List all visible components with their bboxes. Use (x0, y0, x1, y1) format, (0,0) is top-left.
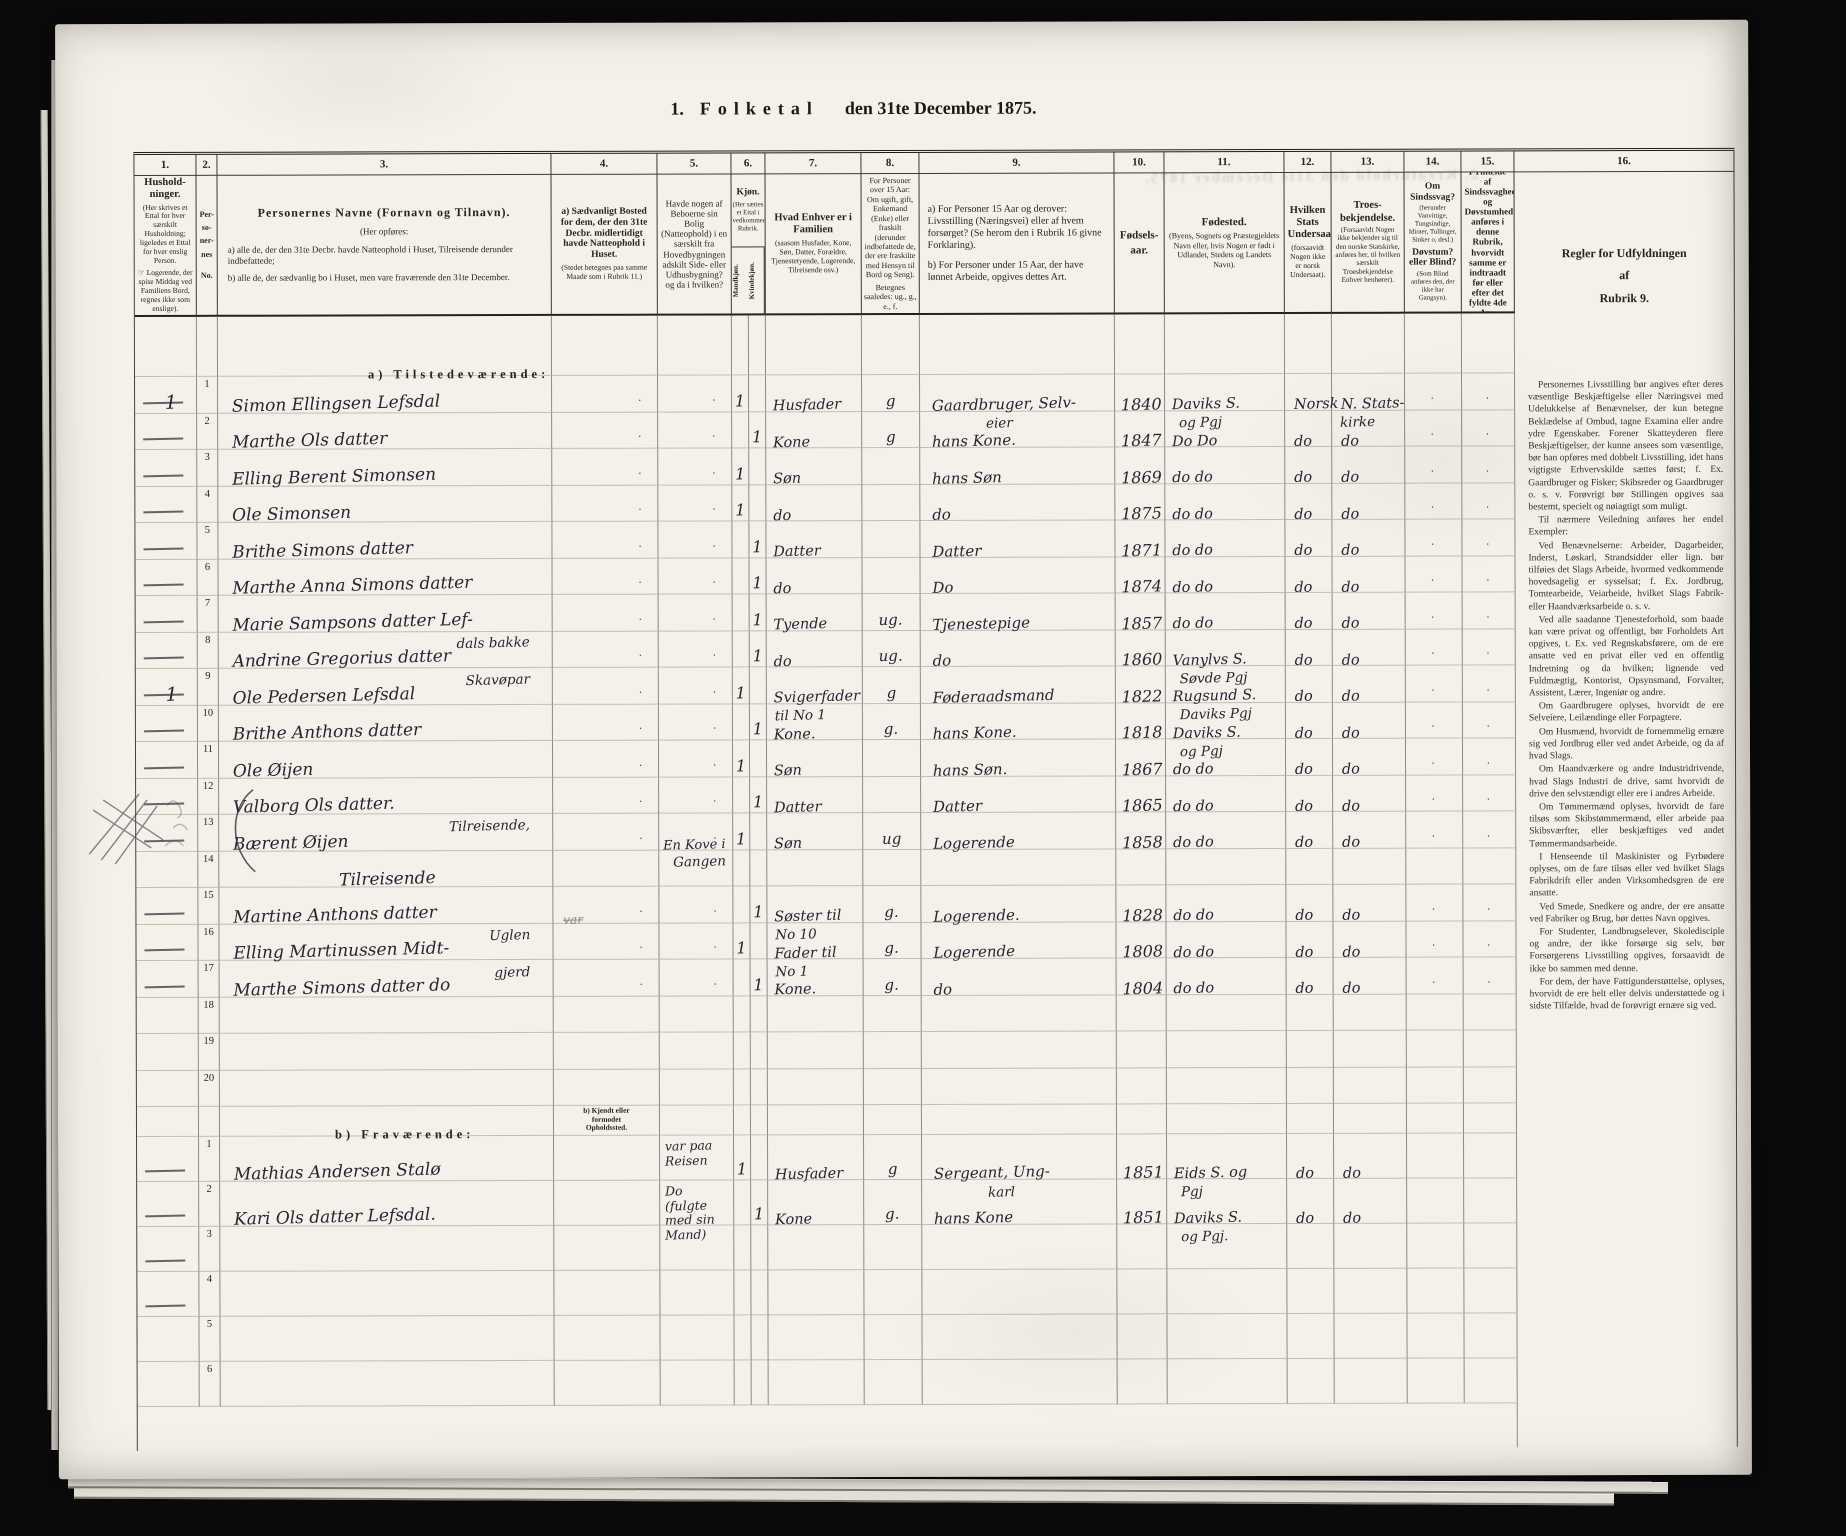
table-cell (660, 1315, 734, 1360)
table-cell (752, 1360, 769, 1405)
citizenship: do (1295, 982, 1313, 997)
ditto-dot: . (1486, 571, 1489, 583)
table-cell: 17 (199, 961, 220, 998)
table-cell (734, 1180, 751, 1225)
dwelling-note: En Kove i (663, 838, 726, 853)
family-position-2: til No 1 (775, 709, 827, 724)
table-cell: . (659, 740, 733, 777)
creed: do (1341, 616, 1359, 631)
table-cell (135, 486, 197, 523)
table-cell (660, 1032, 734, 1069)
table-cell: 1 (733, 667, 750, 704)
table-cell: do (1333, 629, 1406, 666)
citizenship: do (1295, 836, 1313, 851)
instruction-paragraph: Til nærmere Veiledning anføres her endel… (1528, 514, 1723, 539)
table-cell: 1 (199, 1137, 220, 1182)
table-cell (137, 1034, 199, 1071)
table-cell: . (1406, 702, 1463, 739)
ditto-dot: . (1431, 645, 1434, 657)
column-header-names: 3. Personernes Navne (Fornavn og Tilnavn… (217, 154, 551, 317)
row-number: 5 (205, 525, 210, 536)
table-cell: . (1463, 592, 1516, 629)
table-cell (1334, 1269, 1407, 1314)
rules-heading: Regler for Udfyldningen (1518, 247, 1731, 261)
person-name: Ole Øijen (233, 761, 314, 780)
table-cell (751, 1105, 768, 1135)
table-cell: do (1333, 666, 1406, 703)
table-cell (1167, 1031, 1287, 1068)
table-cell: g (864, 1135, 922, 1180)
table-cell: do do (1166, 593, 1286, 630)
creed: do (1342, 726, 1360, 741)
birthplace-2: og Pgj (1180, 745, 1223, 760)
birthplace: Daviks S. (1173, 725, 1241, 741)
table-cell: ug. (863, 630, 921, 667)
table-cell (922, 1104, 1117, 1135)
table-cell: Daviks S.og Pgj (1165, 374, 1285, 411)
instruction-paragraph: Om Haandværkere og andre Industridrivend… (1529, 763, 1724, 800)
table-cell (920, 314, 1115, 375)
table-cell (734, 996, 751, 1033)
table-cell: 4 (197, 486, 218, 523)
male-tally: 1 (736, 758, 747, 774)
census-table: 1. Hushold- ninger. (Her skrives et Etta… (133, 148, 1737, 1451)
table-cell (661, 1360, 735, 1405)
ditto-dot: . (640, 902, 643, 914)
column-header-outbuilding: 5. Havde nogen af Beboerne sin Bolig (Na… (657, 153, 731, 315)
table-cell (1332, 314, 1405, 374)
ditto-dot: . (1486, 462, 1489, 474)
birth-year: 1867 (1122, 761, 1163, 778)
column-header-civil-status: 8. For Personer over 15 Aar: Om ugift, g… (861, 153, 919, 315)
table-cell (554, 1136, 660, 1181)
creed: do (1342, 835, 1360, 850)
female-tally: 1 (753, 977, 764, 993)
column-note: ☞ Logerende, der spise Middag ved Famili… (138, 269, 193, 314)
table-cell (1464, 1223, 1517, 1268)
instruction-paragraph: Om Husmænd, hvorvidt de fornemmelig ernæ… (1529, 726, 1724, 763)
table-cell (734, 1225, 751, 1270)
table-cell (1407, 1104, 1464, 1134)
table-cell: . (659, 777, 733, 814)
ditto-dot: . (1486, 535, 1489, 547)
table-cell: 5 (199, 1317, 220, 1362)
table-cell (660, 1069, 734, 1106)
table-cell (1117, 1314, 1167, 1359)
table-cell (138, 1362, 200, 1407)
table-cell (749, 448, 766, 485)
table-cell: do do (1165, 483, 1285, 520)
table-cell (220, 996, 554, 1033)
ditto-dot: . (713, 573, 716, 585)
table-cell (137, 961, 199, 998)
table-cell: do (1286, 629, 1333, 666)
ditto-dot: . (713, 719, 716, 731)
table-cell (864, 1225, 922, 1270)
table-cell: 1 (751, 959, 768, 996)
table-cell (137, 1227, 199, 1272)
birthplace: do do (1172, 543, 1213, 559)
table-cell (864, 1068, 922, 1105)
birthplace-2: og Pgj (1179, 416, 1222, 431)
birthplace: do do (1173, 981, 1214, 997)
table-cell (734, 959, 751, 996)
table-cell: do (1285, 410, 1332, 447)
ditto-dot: . (1431, 535, 1434, 547)
family-position: Kone. (774, 727, 816, 743)
row-number: 15 (203, 890, 214, 901)
table-cell (862, 448, 920, 485)
table-cell: . (1463, 811, 1516, 848)
row-number: 8 (205, 634, 210, 645)
table-cell: 1808 (1116, 922, 1166, 959)
occupation: Logerende (933, 834, 1015, 851)
citizenship: do (1296, 1166, 1314, 1181)
table-cell: . (660, 959, 734, 996)
table-cell (137, 1272, 199, 1317)
column-header-citizenship: 12. Hvilken Stats Undersaat? (forsaavidt… (1284, 152, 1331, 314)
ditto-dot: . (1431, 499, 1434, 511)
table-cell (733, 850, 750, 887)
ditto-dash (143, 437, 183, 440)
table-cell: . (1405, 556, 1462, 593)
table-cell: do (1286, 666, 1333, 703)
table-cell (922, 1031, 1117, 1068)
table-cell: do (1285, 556, 1332, 593)
female-tally: 1 (752, 648, 763, 664)
table-cell: . (658, 558, 732, 595)
table-cell (1167, 994, 1287, 1031)
table-cell: g. (863, 886, 921, 923)
table-cell: do (1285, 447, 1332, 484)
whereabouts-line: Mand) (665, 1228, 715, 1242)
table-cell: g. (864, 1180, 922, 1225)
creed: do (1342, 945, 1360, 960)
table-cell: 1840 (1115, 374, 1165, 411)
occupation-2: eier (986, 417, 1013, 431)
table-cell (220, 1271, 554, 1317)
table-cell (766, 315, 862, 375)
female-tally: 1 (752, 612, 763, 628)
ditto-dot: . (1431, 426, 1434, 438)
table-cell (751, 1032, 768, 1069)
table-cell: 11 (198, 742, 219, 779)
table-cell (750, 813, 767, 850)
family-position: Kone. (774, 982, 816, 998)
table-cell (1117, 1224, 1167, 1269)
table-cell: 1 (732, 485, 749, 522)
female-tally: 1 (752, 539, 763, 555)
whereabouts-note: var paaReisen (665, 1141, 712, 1168)
creed: N. Stats- (1341, 396, 1405, 412)
table-cell (1286, 848, 1333, 885)
column-header-creed: 13. Troes- bekjendelse. (Forsaavidt Noge… (1331, 152, 1404, 314)
column-number: 16. (1514, 151, 1733, 173)
table-cell: 1 (136, 669, 198, 706)
table-cell: Datter (920, 520, 1115, 557)
row-number: 17 (203, 963, 214, 974)
ditto-dot: . (713, 500, 716, 512)
table-cell: ug (863, 813, 921, 850)
birthplace: do do (1173, 908, 1214, 924)
table-cell: do (1334, 1134, 1407, 1179)
citizenship: do (1296, 1211, 1314, 1226)
table-cell: . (552, 522, 658, 559)
ditto-dot: . (713, 464, 716, 476)
table-cell: g. (863, 703, 921, 740)
table-cell (922, 1314, 1117, 1360)
table-cell: 1 (749, 558, 766, 595)
table-cell: do (1286, 739, 1333, 776)
table-cell (221, 1361, 555, 1407)
table-cell (864, 1315, 922, 1360)
birth-year: 1871 (1121, 542, 1162, 559)
person-name-2: Uglen (489, 929, 530, 944)
table-cell (1287, 1067, 1334, 1104)
table-cell: Vanylvs S.Søvde Pgj (1166, 629, 1286, 666)
table-cell (751, 1270, 768, 1315)
table-cell (1334, 1067, 1407, 1104)
table-cell: ug. (863, 594, 921, 631)
column-number: 7. (765, 153, 860, 174)
creed: do (1343, 1166, 1361, 1181)
ditto-dot: . (713, 683, 716, 695)
table-cell (1335, 1359, 1408, 1404)
table-cell: Norsk (1285, 374, 1332, 411)
table-cell: do (1286, 812, 1333, 849)
citizenship: do (1295, 799, 1313, 814)
ditto-dash (144, 729, 184, 732)
table-cell: . (1463, 665, 1516, 702)
table-cell: g (863, 667, 921, 704)
ditto-dot: . (1432, 681, 1435, 693)
table-cell (137, 1317, 199, 1362)
table-cell: Logerende (921, 812, 1116, 849)
table-cell: do (767, 631, 863, 668)
table-cell: 1 (751, 1180, 768, 1225)
table-cell: . (659, 631, 733, 668)
birthplace-2: Daviks Pgj (1180, 707, 1252, 722)
table-cell: . (1462, 556, 1515, 593)
person-name: Brithe Anthons datter (233, 722, 422, 744)
column-number: 6. (731, 153, 764, 174)
occupation: hans Søn (932, 470, 1002, 487)
table-cell (862, 315, 920, 375)
table-cell: 1 (733, 813, 750, 850)
table-cell (1464, 1067, 1517, 1104)
table-cell (751, 1225, 768, 1270)
ditto-dot: . (713, 646, 716, 658)
table-cell (138, 1403, 1518, 1451)
table-cell: do (1332, 447, 1405, 484)
table-cell (863, 740, 921, 777)
citizenship: do (1295, 909, 1313, 924)
table-cell: 3 (199, 1227, 220, 1272)
whereabouts-line: Do (665, 1184, 715, 1198)
table-cell (136, 705, 198, 742)
instruction-paragraph: Ved Smede, Snedkere og andre, der ere an… (1529, 900, 1724, 925)
row-number: 16 (203, 926, 214, 937)
table-cell (734, 1270, 751, 1315)
table-cell: . (1463, 738, 1516, 775)
table-cell: var. (553, 887, 659, 924)
ditto-dot: . (638, 428, 641, 440)
table-cell (220, 1069, 554, 1106)
table-cell: . (1405, 410, 1462, 447)
table-cell: Do(fulgtemed sinMand) (660, 1180, 734, 1225)
row-number: 4 (207, 1274, 212, 1285)
creed: do (1342, 908, 1360, 923)
ditto-dot: . (1432, 791, 1435, 803)
column-title: Hushold- (137, 177, 192, 189)
column-number: 5. (657, 153, 730, 174)
table-cell: Svigerfadertil No 1 (767, 667, 863, 704)
table-cell: g. (863, 922, 921, 959)
ditto-dash (144, 656, 184, 659)
ditto-dot: . (639, 537, 642, 549)
table-cell (1462, 313, 1515, 373)
table-cell (135, 523, 197, 560)
table-cell: . (553, 668, 659, 705)
title-main: Folketal (700, 98, 819, 118)
table-cell (734, 1315, 751, 1360)
instruction-paragraph: Personernes Livsstilling bør angives eft… (1528, 379, 1723, 514)
ditto-dash (145, 985, 185, 988)
citizenship: do (1294, 580, 1312, 595)
table-cell: Elling Berent Simonsen (218, 449, 552, 486)
table-cell (660, 996, 734, 1033)
table-cell (768, 1032, 864, 1069)
instruction-paragraph: Om Gaardbrugere oplyses, hvorvidt de ere… (1529, 700, 1724, 725)
table-cell: . (1463, 884, 1516, 921)
table-cell: do (1332, 556, 1405, 593)
table-cell (1334, 1031, 1407, 1068)
table-cell (1333, 848, 1406, 885)
birth-year: 1865 (1122, 797, 1163, 814)
table-cell: 2 (197, 413, 218, 450)
creed: do (1341, 543, 1359, 558)
ditto-dot: . (1432, 900, 1435, 912)
ditto-dash (145, 1214, 185, 1217)
table-cell (732, 315, 749, 375)
table-cell (1407, 1269, 1464, 1314)
table-cell: do (1334, 958, 1407, 995)
table-cell (749, 315, 766, 375)
table-cell: 1 (750, 886, 767, 923)
table-cell: . (1463, 629, 1516, 666)
table-cell (922, 1269, 1117, 1315)
ditto-dash (144, 693, 184, 696)
table-cell (1287, 1314, 1334, 1359)
table-cell: do do (1167, 958, 1287, 995)
table-cell: 1 (734, 1135, 751, 1180)
table-cell: 1 (749, 412, 766, 449)
citizenship: do (1295, 726, 1313, 741)
birthplace: Daviks S. (1172, 397, 1240, 413)
table-cell: 6 (200, 1362, 221, 1407)
table-cell: 1 (733, 740, 750, 777)
table-cell: do (920, 484, 1115, 521)
table-cell (554, 1181, 660, 1226)
table-cell (660, 1270, 734, 1315)
creed: do (1341, 470, 1359, 485)
birth-year: 1857 (1121, 615, 1162, 632)
table-cell (732, 521, 749, 558)
household-tally: 1 (165, 685, 178, 704)
table-cell: b) Kjendt ellerformodetOpholdssted. (554, 1106, 660, 1136)
table-cell (1464, 994, 1517, 1031)
table-cell (1465, 1358, 1518, 1403)
table-cell (921, 849, 1116, 886)
instruction-paragraph: Ved alle saadanne Tjenesteforhold, som b… (1529, 614, 1724, 700)
civil-status: g (886, 430, 896, 445)
table-cell: Husfader (766, 375, 862, 412)
table-cell: Martine Anthons datterUglen (219, 887, 553, 924)
table-cell: . (658, 375, 732, 412)
margin-scribble (81, 788, 271, 874)
table-cell (554, 1226, 660, 1271)
civil-status: g. (884, 722, 899, 737)
table-cell: Logerende. (921, 885, 1116, 922)
ditto-dash (145, 948, 185, 951)
person-name: Martine Anthons datter (233, 904, 437, 926)
ditto-dot: . (1432, 718, 1435, 730)
table-cell (1334, 994, 1407, 1031)
table-cell: 7 (198, 596, 219, 633)
table-cell (1165, 314, 1285, 374)
table-cell: hans Kone. (920, 411, 1115, 448)
ditto-dot: . (1487, 644, 1490, 656)
table-cell (1117, 995, 1167, 1032)
table-cell (1117, 1104, 1167, 1134)
title-date: den 31te December 1875. (845, 98, 1037, 119)
column-header-disability: 14. Om Sindssvag? (herunder Vanvittige, … (1404, 152, 1461, 314)
citizenship: do (1295, 763, 1313, 778)
table-cell (136, 632, 198, 669)
table-cell (1118, 1359, 1168, 1404)
row-number: 6 (205, 561, 210, 572)
table-cell: b) Fraværende: (220, 1106, 554, 1137)
form-page: 2. Kreaturhold den 31te December 1875. 1… (55, 20, 1752, 1479)
ditto-dash (145, 1259, 185, 1262)
table-cell: . (553, 704, 659, 741)
occupation: Datter (932, 543, 981, 559)
ditto-dot: . (639, 647, 642, 659)
birth-year: 1847 (1121, 432, 1162, 449)
table-cell: do (1334, 1179, 1407, 1224)
civil-status: g. (884, 904, 899, 919)
table-cell (1407, 1224, 1464, 1269)
row-number: 2 (204, 415, 209, 426)
table-cell: Søn (767, 813, 863, 850)
family-position: Fader til (774, 945, 837, 961)
ditto-dot: . (1432, 754, 1435, 766)
table-cell (136, 888, 198, 925)
table-cell (768, 1315, 864, 1360)
table-cell: 5 (197, 523, 218, 560)
table-cell (658, 315, 732, 375)
table-cell: . (553, 777, 659, 814)
birthplace-2: Søvde Pgj (1179, 671, 1247, 686)
ditto-dot: . (1487, 717, 1490, 729)
person-name: Marthe Simons datter do (233, 977, 450, 999)
table-cell (922, 995, 1117, 1032)
table-cell (1334, 1314, 1407, 1359)
occupation: hans Kone. (932, 433, 1016, 450)
birthplace: do do (1172, 470, 1213, 486)
table-cell (1167, 1104, 1287, 1134)
table-cell: 1857 (1116, 593, 1166, 630)
